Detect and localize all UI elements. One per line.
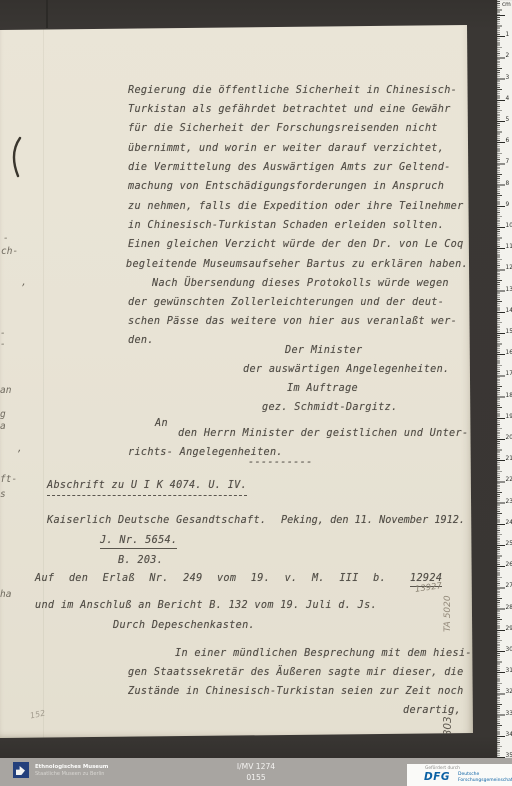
edge-fragment: s <box>0 489 6 500</box>
ruler-number: 5 <box>506 117 510 123</box>
journal-number: J. Nr. 5654. <box>100 535 177 549</box>
separator-dashes: ---------- <box>248 457 313 469</box>
ruler-number: 15 <box>506 329 512 335</box>
ruler-number: 9 <box>506 202 510 208</box>
typescript-line: Einen gleichen Verzicht würde der den Dr… <box>128 239 464 251</box>
ruler-number: 30 <box>506 647 512 653</box>
typescript-line: machung von Entschädigungsforderungen in… <box>128 181 444 193</box>
ruler-number: 23 <box>506 499 512 505</box>
ruler-numbers: 1234567891011121314151617181920212223242… <box>497 0 512 758</box>
edge-fragment: a <box>0 421 6 432</box>
ruler-number: 7 <box>506 159 510 165</box>
typescript-line: gen Staatssekretär des Äußeren sagte mir… <box>128 667 464 679</box>
address-line: den Herrn Minister der geistlichen und U… <box>178 428 468 440</box>
closing-line: der auswärtigen Angelegenheiten. <box>243 364 450 376</box>
signature-line: gez. Schmidt-Dargitz. <box>262 402 398 414</box>
ruler-number: 11 <box>506 244 512 250</box>
address-line: An <box>155 418 168 430</box>
ruler-number: 10 <box>506 223 512 229</box>
typescript-line: Regierung die öffentliche Sicherheit in … <box>128 85 457 97</box>
typescript-line: in Chinesisch-Turkistan Schaden erleiden… <box>128 220 444 232</box>
ruler-number: 20 <box>506 435 512 441</box>
ruler-number: 27 <box>506 583 512 589</box>
document-page: -ch-’--anga,ft-sha Regierung die öffentl… <box>0 0 474 739</box>
ruler-number: 19 <box>506 414 512 420</box>
edge-fragment: an <box>0 385 11 396</box>
pencil-annotation-ta: TA 5020 <box>443 595 453 632</box>
ruler: cm 1234567891011121314151617181920212223… <box>497 0 512 758</box>
reference-line: Durch Depeschenkasten. <box>113 620 255 632</box>
ruler-number: 21 <box>506 456 512 462</box>
abschrift-header: Abschrift zu U I K 4074. U. IV. <box>47 480 247 496</box>
typescript-line: Turkistan als gefährdet betrachtet und e… <box>128 104 451 116</box>
ruler-number: 31 <box>506 668 512 674</box>
ruler-number: 25 <box>506 541 512 547</box>
typescript-line: den. <box>128 335 154 347</box>
typescript-line: zu nehmen, falls die Expedition oder ihr… <box>128 201 464 213</box>
edge-fragment: , <box>17 443 23 454</box>
typescript-line: die Vermittelung des Auswärtigen Amts zu… <box>128 162 451 174</box>
typescript-line: Nach Übersendung dieses Protokolls würde… <box>152 278 449 290</box>
ruler-number: 32 <box>506 689 512 695</box>
closing-line: Im Auftrage <box>287 383 358 395</box>
dfg-logo: DFG <box>424 771 450 783</box>
ruler-number: 8 <box>506 181 510 187</box>
ruler-number: 29 <box>506 626 512 632</box>
ruler-number: 3 <box>506 75 510 81</box>
typescript-line: schen Pässe das weitere von hier aus ver… <box>128 316 457 328</box>
edge-fragment: ha <box>0 589 11 600</box>
ruler-number: 22 <box>506 477 512 483</box>
typescript-line: In einer mündlichen Besprechung mit dem … <box>175 648 472 660</box>
pencil-annotation-number: 6803 <box>442 716 454 743</box>
edge-fragment: - <box>0 328 6 339</box>
dfg-name-line2: Forschungsgemeinschaft <box>458 778 512 784</box>
edge-fragment: ft- <box>0 474 17 485</box>
edge-fragment: ’ <box>20 283 26 294</box>
ruler-number: 24 <box>506 520 512 526</box>
ruler-number: 26 <box>506 562 512 568</box>
typescript-line: begleitende Museumsaufseher Bartus zu er… <box>126 259 468 271</box>
ruler-number: 17 <box>506 371 512 377</box>
ruler-number: 14 <box>506 308 512 314</box>
ruler-number: 34 <box>506 732 512 738</box>
ruler-number: 1 <box>506 32 510 38</box>
typescript-line: der gewünschten Zollerleichterungen und … <box>128 297 444 309</box>
ruler-number: 18 <box>506 393 512 399</box>
ruler-number: 16 <box>506 350 512 356</box>
typescript-line: übernimmt, und worin er weiter darauf ve… <box>128 143 444 155</box>
ruler-number: 28 <box>506 605 512 611</box>
ruler-number: 13 <box>506 287 512 293</box>
ruler-number: 33 <box>506 711 512 717</box>
ruler-number: 12 <box>506 265 512 271</box>
edge-fragment: g <box>0 409 6 420</box>
closing-line: Der Minister <box>285 345 362 357</box>
reference-line: und im Anschluß an Bericht B. 132 vom 19… <box>35 600 377 612</box>
dfg-logo-block: Gefördert durch DFG Deutsche Forschungsg… <box>407 764 512 786</box>
footer-bar: Ethnologisches Museum Staatliche Museen … <box>0 758 512 786</box>
scan-viewer: -ch-’--anga,ft-sha Regierung die öffentl… <box>0 0 512 786</box>
ruler-number: 2 <box>506 53 510 59</box>
edge-fragment: - <box>3 233 9 244</box>
typescript-line: derartig, <box>403 705 461 717</box>
edge-fragment: - <box>0 339 6 350</box>
b-number: B. 203. <box>118 555 163 567</box>
ruler-number: 6 <box>506 138 510 144</box>
typescript-line: Zustände in Chinesisch-Turkistan seien z… <box>128 686 464 698</box>
dfg-name: Deutsche Forschungsgemeinschaft <box>458 772 512 783</box>
typescript-line: für die Sicherheit der Forschungsreisend… <box>128 123 438 135</box>
funded-by-label: Gefördert durch <box>425 766 460 771</box>
edge-fragment: ch- <box>1 246 18 257</box>
sender-line: Kaiserlich Deutsche Gesandtschaft. <box>47 515 266 527</box>
ruler-number: 4 <box>506 96 510 102</box>
reference-line: Auf den Erlaß Nr. 249 vom 19. v. M. III … <box>35 573 386 585</box>
dateline: Peking, den 11. November 1912. <box>281 515 465 527</box>
